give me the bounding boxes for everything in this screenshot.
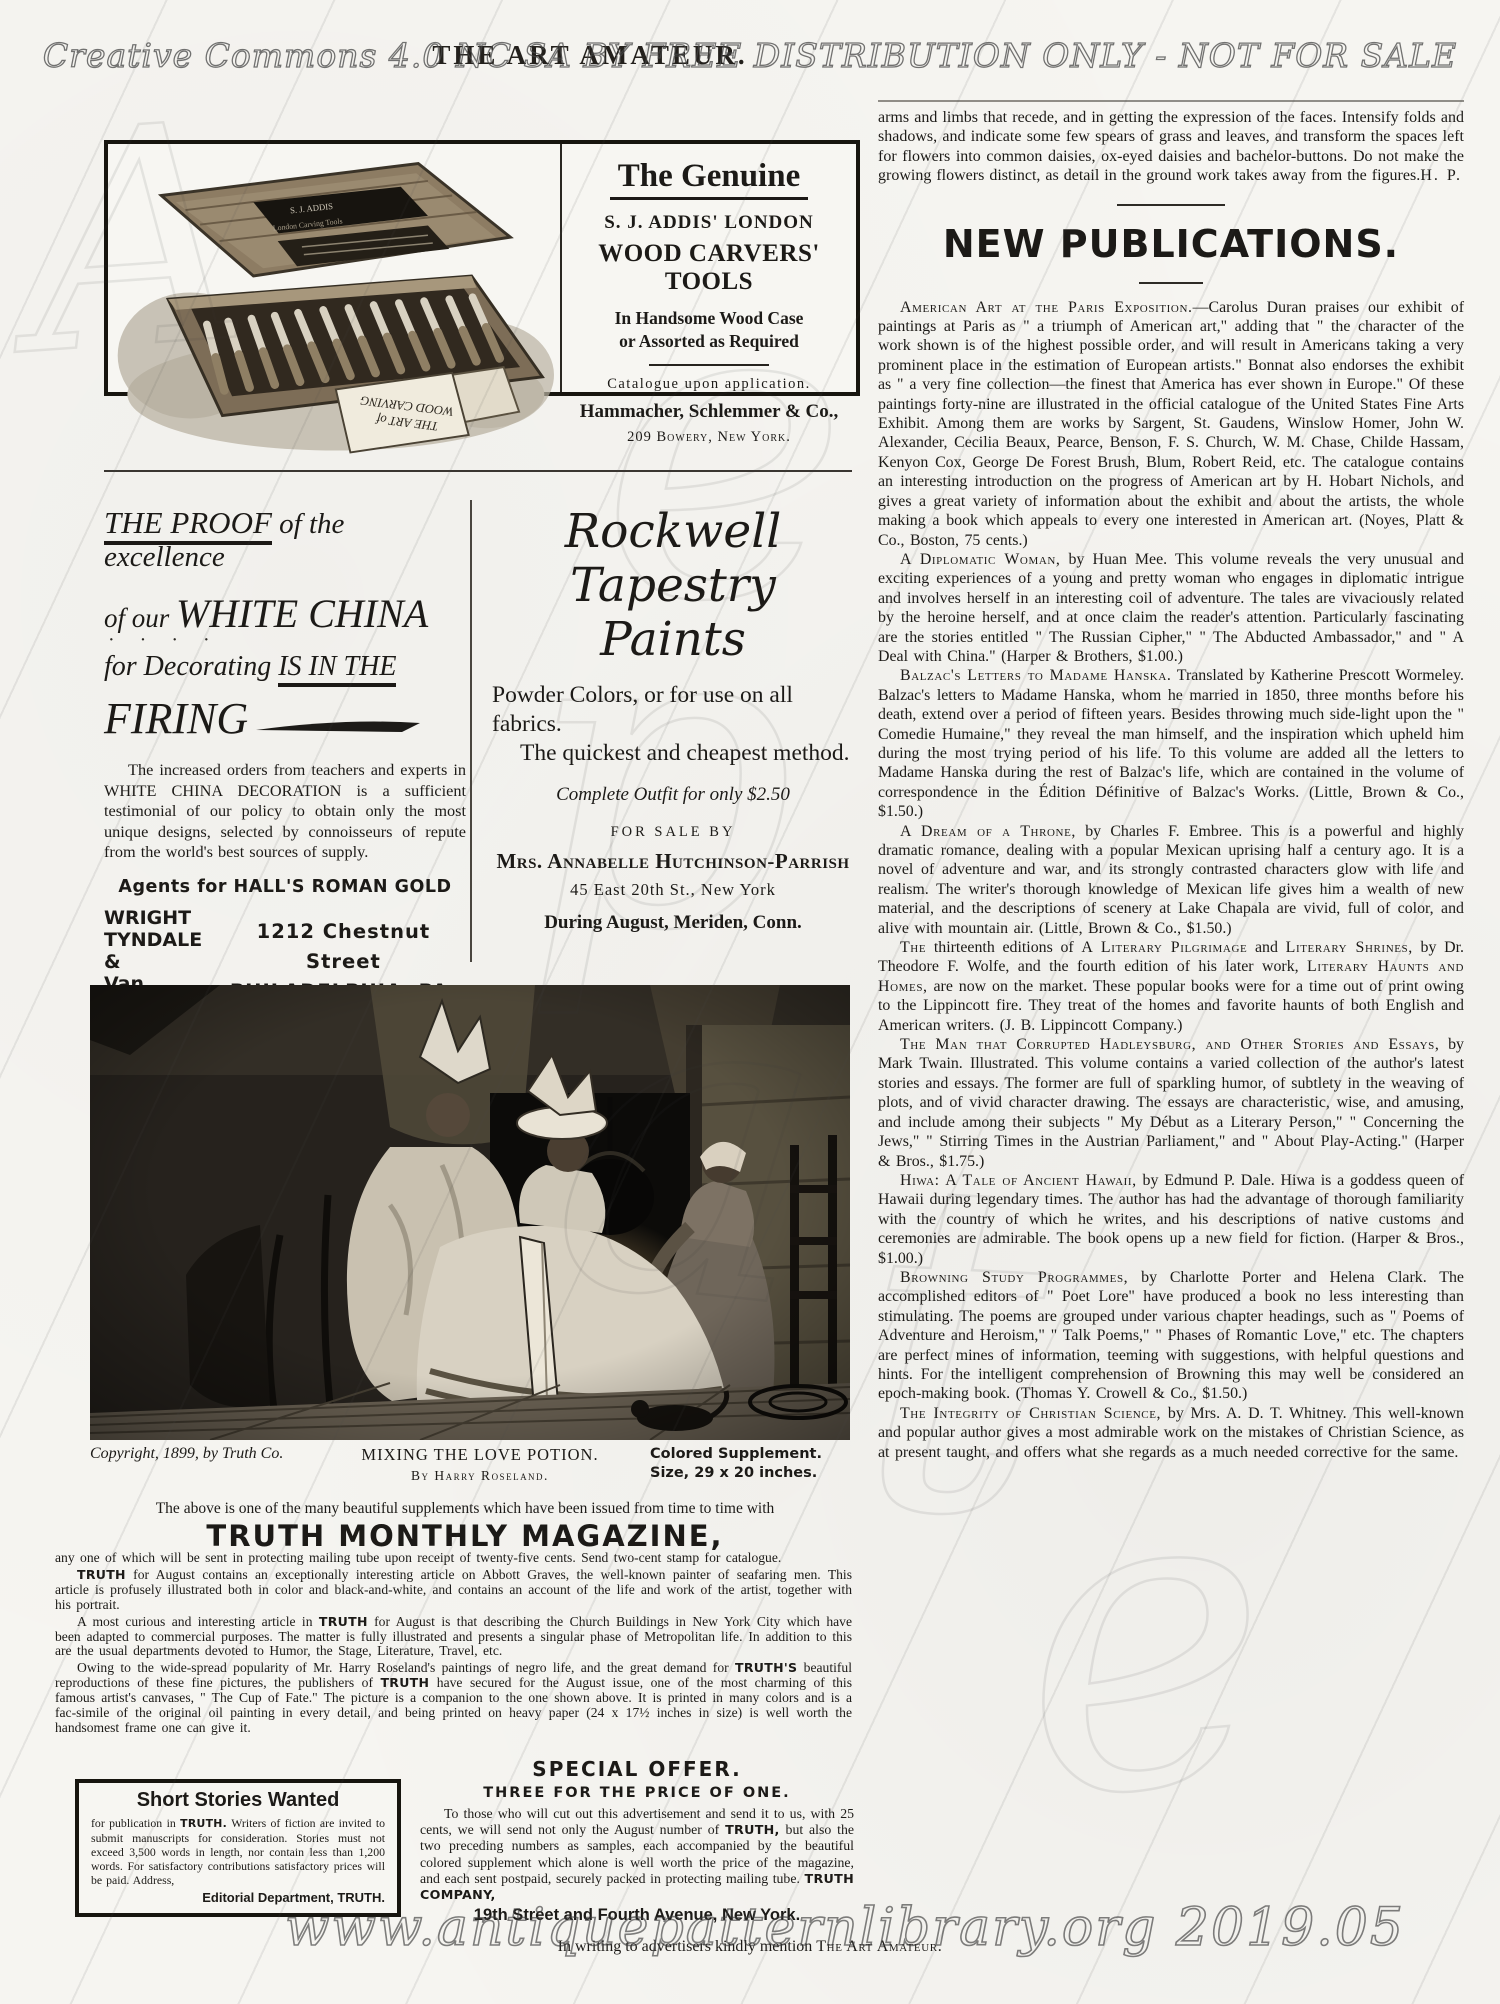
painting-title: MIXING THE LOVE POTION. <box>330 1445 630 1465</box>
section-heading: NEW PUBLICATIONS. <box>878 222 1464 266</box>
author-initials: H. P. <box>1420 166 1462 185</box>
ad-line: In Handsome Wood Case <box>566 308 852 329</box>
paragraph: any one of which will be sent in protect… <box>55 1551 852 1566</box>
decorative-dots: · · · · <box>108 637 466 643</box>
section-divider <box>1139 282 1203 284</box>
ad-display-line: THE PROOF of the excellence <box>104 505 466 574</box>
ad-line: WOOD CARVERS' TOOLS <box>566 240 852 296</box>
watermark-ghost-letter: e <box>1002 1420 1286 1860</box>
ad-body-text: Powder Colors, or for use on all fabrics… <box>492 681 854 739</box>
ad-agents-line: Agents for HALL'S ROMAN GOLD <box>104 877 466 897</box>
new-publications-column: arms and limbs that recede, and in getti… <box>878 108 1464 1462</box>
ad-headline: The Genuine <box>610 158 808 200</box>
watermark-top-text: Creative Commons 4.0 NC SA BY FREE DISTR… <box>0 36 1500 75</box>
review-item: Hiwa: A Tale of Ancient Hawaii, by Edmun… <box>878 1171 1464 1268</box>
truth-magazine-text: any one of which will be sent in protect… <box>55 1551 852 1738</box>
ad-offer-line: Complete Outfit for only $2.50 <box>492 784 854 806</box>
box-body: for publication in TRUTH. Writers of fic… <box>91 1816 385 1887</box>
painting-artist: By Harry Roseland. <box>330 1468 630 1484</box>
watermark-bottom-text: www.antiquepatternlibrary.org 2019.05 <box>285 1898 1405 1958</box>
continued-article-paragraph: arms and limbs that recede, and in getti… <box>878 108 1464 186</box>
ad-display-line: for Decorating IS IN THE <box>104 651 466 683</box>
ad-dealer-address: 45 East 20th St., New York <box>492 880 854 900</box>
love-potion-painting <box>90 985 850 1440</box>
magazine-page: A e p a t e THE ART AMATEUR. Creative Co… <box>0 0 1500 2004</box>
ad-display-line: FIRING <box>104 693 466 744</box>
review-item: A Diplomatic Woman, by Huan Mee. This vo… <box>878 550 1464 666</box>
ad-text: for Decorating <box>104 651 278 682</box>
column-rule <box>878 100 1464 102</box>
ad-emphasis: FIRING <box>104 693 248 744</box>
review-item: Balzac's Letters to Madame Hanska. Trans… <box>878 666 1464 821</box>
white-china-ad: THE PROOF of the excellence of our WHITE… <box>104 497 466 1053</box>
paragraph: TRUTH for August contains an exceptional… <box>55 1568 852 1613</box>
painting-copyright: Copyright, 1899, by Truth Co. <box>90 1445 310 1484</box>
ad-line: or Assorted as Required <box>566 331 852 352</box>
ad-body-text: The increased orders from teachers and e… <box>104 760 466 863</box>
review-item: The thirteenth editions of A Literary Pi… <box>878 938 1464 1035</box>
offer-subheading: THREE FOR THE PRICE OF ONE. <box>420 1785 854 1801</box>
review-item: Browning Study Programmes, by Charlotte … <box>878 1268 1464 1404</box>
rockwell-paints-ad: Rockwell Tapestry Paints Powder Colors, … <box>492 505 854 934</box>
ad-address: 209 Bowery, New York. <box>566 429 852 446</box>
ad-forsale-line: FOR SALE BY <box>492 824 854 841</box>
ad-emphasis: IS IN THE <box>278 651 396 687</box>
box-title: Short Stories Wanted <box>91 1789 385 1812</box>
supplement-note: Colored Supplement. <box>650 1445 850 1464</box>
ad-script-title: Tapestry Paints <box>492 559 854 667</box>
offer-heading: SPECIAL OFFER. <box>420 1757 854 1781</box>
ad-seasonal-note: During August, Meriden, Conn. <box>492 912 854 934</box>
wood-carvers-tools-illustration: S. J. ADDIS London Carving Tools <box>108 146 554 468</box>
truth-magazine-title: TRUTH MONTHLY MAGAZINE, <box>70 1519 860 1553</box>
paragraph: A most curious and interesting article i… <box>55 1615 852 1660</box>
short-stories-wanted-box: Short Stories Wanted for publication in … <box>75 1779 401 1917</box>
ad-catalogue-note: Catalogue upon application. <box>566 376 852 393</box>
ad-divider <box>560 144 562 392</box>
ad-body-text: The quickest and cheapest method. <box>492 739 854 768</box>
ad-company: Hammacher, Schlemmer & Co., <box>566 401 852 423</box>
ad-emphasis: THE PROOF <box>104 505 272 545</box>
column-rule <box>104 470 852 472</box>
supplement-intro-line: The above is one of the many beautiful s… <box>70 1500 860 1518</box>
ad-column-divider <box>470 500 472 962</box>
review-item: A Dream of a Throne, by Charles F. Embre… <box>878 822 1464 938</box>
ad-line: S. J. ADDIS' LONDON <box>566 212 852 234</box>
ad-firm-name: WRIGHT <box>104 907 221 929</box>
ad-dealer-name: Mrs. Annabelle Hutchinson-Parrish <box>492 849 854 874</box>
paragraph-text: arms and limbs that recede, and in getti… <box>878 109 1464 184</box>
review-item: American Art at the Paris Exposition.—Ca… <box>878 298 1464 550</box>
ad-rule <box>649 364 769 366</box>
review-item: The Man that Corrupted Hadleysburg, and … <box>878 1035 1464 1171</box>
ad-street: 1212 Chestnut Street <box>221 917 466 977</box>
supplement-size: Size, 29 x 20 inches. <box>650 1464 850 1483</box>
ad-script-title: Rockwell <box>492 505 854 559</box>
offer-body: To those who will cut out this advertise… <box>420 1806 854 1903</box>
flourish-swash <box>254 718 424 734</box>
review-item: The Integrity of Christian Science, by M… <box>878 1404 1464 1462</box>
ad-firm-name: TYNDALE & <box>104 929 221 973</box>
section-divider <box>1117 204 1225 206</box>
paragraph: Owing to the wide-spread popularity of M… <box>55 1661 852 1736</box>
